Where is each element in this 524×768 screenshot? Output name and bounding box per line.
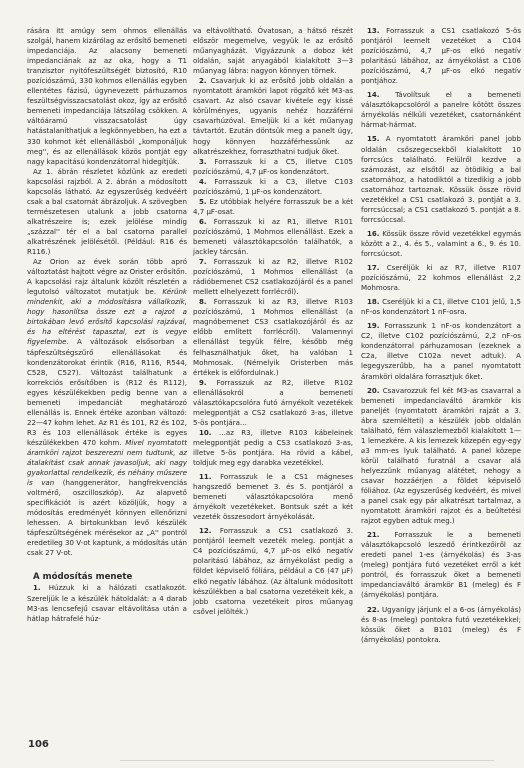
step-paragraph: 7. Forrasszuk ki az R2, illetve R102 poz… — [193, 257, 353, 297]
step-text: Forrasszunk 1 nF-os kondenzátort a C2, i… — [361, 321, 521, 380]
paragraph: rására itt amúgy sem ohmos ellenállás sz… — [27, 26, 187, 167]
step-paragraph: 1. Húzzuk ki a hálózati csatlakozót. Sze… — [27, 583, 187, 623]
step-text: Forrasszuk az R2, illetve R102 ellenállá… — [193, 378, 353, 427]
step-text: Kössük össze rövid vezetékkel egymás köz… — [361, 229, 521, 258]
step-number: 16. — [367, 229, 379, 238]
step-paragraph: 15. A nyomtatott áramköri panel jobb old… — [361, 134, 521, 224]
step-text: Forrasszuk ki az R2, illetve R102 pozíci… — [193, 257, 353, 296]
step-text: Forrasszuk a CS1 csatlakozó 5-ös pontjár… — [361, 26, 521, 85]
step-text: Forrasszuk le a CS1 mágneses hangszedő b… — [193, 472, 353, 521]
step-paragraph: 10. …az R3, illetve R103 kábeleinek mele… — [193, 428, 353, 468]
step-text: Forrasszuk a CS1 csatlakozó 3. pontjáról… — [193, 526, 353, 615]
step-paragraph: 13. Forrasszuk a CS1 csatlakozó 5-ös pon… — [361, 26, 521, 86]
step-paragraph: 9. Forrasszuk az R2, illetve R102 ellená… — [193, 378, 353, 428]
step-paragraph: 3. Forrasszuk ki a C5, illetve C105 pozí… — [193, 157, 353, 177]
step-number: 10. — [199, 428, 211, 437]
step-paragraph: 21. Forrasszuk le a bemeneti választókap… — [361, 530, 521, 600]
step-paragraph: 19. Forrasszunk 1 nF-os kondenzátort a C… — [361, 321, 521, 381]
section-heading: A módosítás menete — [27, 572, 187, 583]
step-number: 13. — [367, 26, 379, 35]
step-number: 12. — [199, 526, 211, 535]
step-paragraph: 18. Cseréljük ki a C1, illetve C101 jelű… — [361, 297, 521, 317]
step-number: 14. — [367, 90, 379, 99]
step-text: A nyomtatott áramköri panel jobb oldalán… — [361, 134, 521, 223]
step-paragraph: 16. Kössük össze rövid vezetékkel egymás… — [361, 229, 521, 259]
text-run: (hanggenerátor, hangfrekvenciás voltmérő… — [27, 478, 187, 557]
step-text: Csavarjuk ki az erősítő jobb oldalán a n… — [193, 76, 353, 155]
step-text: Forrasszuk ki a C3, illetve C103 pozíció… — [193, 177, 353, 196]
step-text: Cseréljük ki a C1, illetve C101 jelű, 1,… — [361, 297, 521, 316]
step-text: Forrasszuk ki az R1, illetve R101 pozíci… — [193, 217, 353, 256]
step-number: 5. — [199, 197, 207, 206]
step-number: 2. — [199, 76, 207, 85]
step-text: Forrasszuk ki a C5, illetve C105 pozíció… — [193, 157, 353, 176]
step-number: 20. — [367, 386, 379, 395]
step-paragraph: 4. Forrasszuk ki a C3, illetve C103 pozí… — [193, 177, 353, 197]
step-number: 4. — [199, 177, 207, 186]
step-number: 6. — [199, 217, 207, 226]
step-number: 11. — [199, 472, 211, 481]
text-column-middle: va eltávolítható. Óvatosan, a hátsó rész… — [193, 26, 353, 617]
step-text: Húzzuk ki a hálózati csatlakozót. Szerel… — [27, 583, 187, 622]
step-number: 15. — [367, 134, 379, 143]
step-paragraph: 22. Ugyanígy járjunk el a 6-os (árnyékol… — [361, 605, 521, 645]
step-paragraph: 17. Cseréljük ki az R7, illetve R107 poz… — [361, 263, 521, 293]
paragraph: va eltávolítható. Óvatosan, a hátsó rész… — [193, 26, 353, 76]
step-number: 19. — [367, 321, 379, 330]
step-text: Csavarozzuk fel két M3-as csavarral a be… — [361, 386, 521, 526]
step-number: 8. — [199, 297, 207, 306]
step-paragraph: 5. Ez utóbbiak helyére forrasszuk be a k… — [193, 197, 353, 217]
page-number: 106 — [28, 739, 49, 750]
step-paragraph: 11. Forrasszuk le a CS1 mágneses hangsze… — [193, 472, 353, 522]
step-paragraph: 6. Forrasszuk ki az R1, illetve R101 poz… — [193, 217, 353, 257]
magazine-page: rására itt amúgy sem ohmos ellenállás sz… — [0, 0, 524, 768]
step-text: Ez utóbbiak helyére forrasszuk be a két … — [193, 197, 353, 216]
step-text: Forrasszuk le a bemeneti választókapcsol… — [361, 530, 521, 599]
step-text: …az R3, illetve R103 kábeleinek melegpon… — [193, 428, 353, 467]
paragraph: Az Orion az évek során több apró változt… — [27, 257, 187, 558]
step-number: 17. — [367, 263, 379, 272]
text-column-left: rására itt amúgy sem ohmos ellenállás sz… — [27, 26, 187, 624]
step-text: Távolítsuk el a bemeneti választókapcsol… — [361, 90, 521, 129]
step-paragraph: 8. Forrasszuk ki az R3, illetve R103 poz… — [193, 297, 353, 377]
step-number: 18. — [367, 297, 379, 306]
step-text: Cseréljük ki az R7, illetve R107 pozíció… — [361, 263, 521, 292]
step-number: 9. — [199, 378, 207, 387]
text-column-right: 13. Forrasszuk a CS1 csatlakozó 5-ös pon… — [361, 26, 521, 645]
step-paragraph: 12. Forrasszuk a CS1 csatlakozó 3. pontj… — [193, 526, 353, 616]
step-paragraph: 20. Csavarozzuk fel két M3-as csavarral … — [361, 386, 521, 527]
bottom-divider — [120, 760, 494, 761]
step-number: 21. — [367, 530, 379, 539]
step-paragraph: 14. Távolítsuk el a bemeneti választókap… — [361, 90, 521, 130]
paragraph: Az 1. ábrán részletet közlünk az eredeti… — [27, 167, 187, 257]
step-number: 22. — [367, 605, 379, 614]
step-paragraph: 2. Csavarjuk ki az erősítő jobb oldalán … — [193, 76, 353, 156]
step-number: 3. — [199, 157, 207, 166]
step-number: 7. — [199, 257, 207, 266]
step-text: Ugyanígy járjunk el a 6-os (árnyékolás) … — [361, 605, 521, 644]
text-run: A változások elsősorban a tápfeszültségs… — [27, 337, 187, 446]
step-number: 1. — [33, 583, 41, 592]
step-text: Forrasszuk ki az R3, illetve R103 pozíci… — [193, 297, 353, 376]
